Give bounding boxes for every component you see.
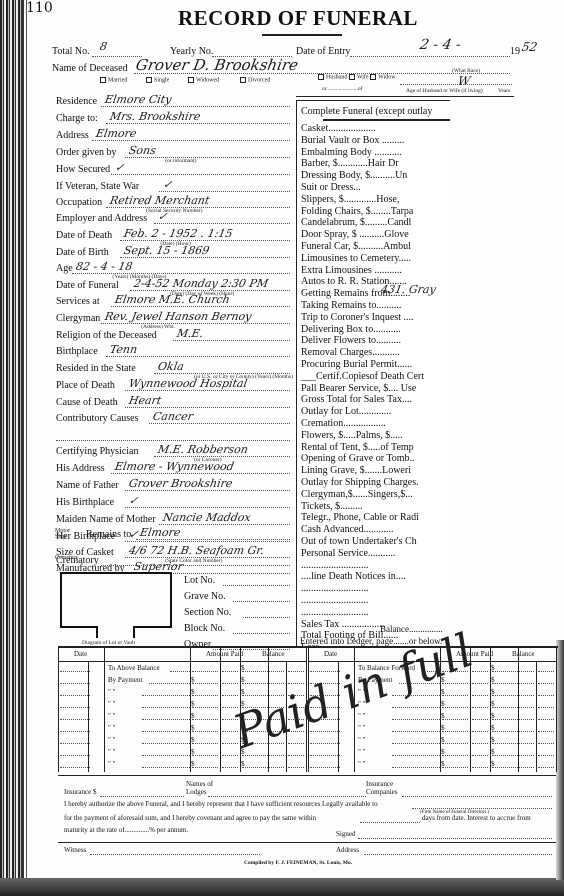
ledger-amount-cell[interactable]	[192, 767, 218, 768]
field-value[interactable]: Retired Merchant	[109, 194, 211, 207]
cost-header: Complete Funeral (except outlay	[301, 106, 432, 117]
field-value[interactable]: Sept. 15 - 1869	[123, 244, 210, 257]
cost-item: Out of town Undertaker's Ch	[301, 536, 417, 547]
dollar-sign: $	[191, 688, 195, 696]
ledger-balance-cents[interactable]	[288, 767, 304, 768]
ledger-balance-cents[interactable]	[538, 671, 554, 672]
deceased-name-value[interactable]: Grover D. Brookshire	[134, 56, 299, 74]
dollar-sign: $	[191, 760, 195, 768]
cost-item: Taking Remains to..........	[301, 300, 401, 311]
checkbox-widowed[interactable]: Widowed	[188, 77, 219, 83]
field-value[interactable]: Elmore - Wynnewood	[114, 460, 235, 473]
cost-item: Tickets, $.........	[301, 501, 363, 512]
cost-item: Sales Tax .................	[301, 619, 384, 630]
ledger-row-label: " "	[108, 748, 115, 756]
cost-item: Embalming Body ...........	[301, 147, 402, 158]
lot-field-input[interactable]	[223, 585, 290, 586]
checkbox-divorced[interactable]: Divorced	[240, 77, 270, 83]
field-label: Address	[56, 130, 89, 141]
field-value[interactable]: Elmore M.E. Church	[114, 293, 231, 306]
cemetery-label: Cemetery	[55, 555, 78, 561]
ledger-amount-cell[interactable]	[442, 731, 468, 732]
cost-item: Delivering Box to...........	[301, 324, 401, 335]
field-label: Religion of the Deceased	[56, 330, 157, 341]
page-bottom-edge	[0, 878, 564, 896]
cost-item: Cremation.................	[301, 418, 386, 429]
dollar-sign: $	[491, 676, 495, 684]
ledger-date-cell[interactable]	[60, 731, 90, 732]
ledger-amount-cell[interactable]	[442, 755, 468, 756]
companies-label-1: Insurance	[366, 780, 393, 788]
field-label: Resided in the State	[56, 363, 136, 374]
cost-item: Procuring Burial Permit......	[301, 359, 412, 370]
field-value[interactable]: 4/6 72 H.B. Seafoam Gr.	[128, 544, 265, 557]
dollar-sign: $	[441, 736, 445, 744]
payment-text: for the payment of aforesaid sum, and I …	[64, 814, 316, 822]
cost-item: Pall Bearer Service, $.... Use	[301, 383, 416, 394]
field-label: Cause of Death	[56, 397, 118, 408]
field-label: Charge to:	[56, 113, 98, 124]
cost-item: Dressing Body, $..........Un	[301, 170, 407, 181]
address-label: Address	[336, 846, 359, 854]
ledger-balance-cents[interactable]	[538, 767, 554, 768]
binding-line	[22, 0, 24, 896]
ledger-cents-cell[interactable]	[472, 755, 488, 756]
ledger-row-label: " "	[108, 760, 115, 768]
ledger-balance-cents[interactable]	[288, 755, 304, 756]
dollar-sign: $	[491, 688, 495, 696]
field-value[interactable]: Feb. 2 - 1952 . 1:15	[123, 227, 234, 240]
ledger-date-cell[interactable]	[60, 707, 90, 708]
cost-item: Lining Grave, $.......Loweri	[301, 465, 411, 476]
ledger-amount-cell[interactable]	[442, 767, 468, 768]
cost-item: ...........................	[301, 560, 369, 571]
cost-item: Cash Advanced............	[301, 524, 394, 535]
ledger-amount-cell[interactable]	[192, 671, 218, 672]
ledger-amount-cell[interactable]	[192, 755, 218, 756]
insurance-label: Insurance $	[64, 788, 96, 796]
field-value[interactable]: Wynnewood Hospital	[128, 377, 248, 390]
field-value[interactable]: Heart	[128, 394, 163, 407]
page-right-edge	[556, 640, 564, 880]
ledger-balance-cents[interactable]	[288, 743, 304, 744]
lot-field-input[interactable]	[243, 617, 290, 618]
ledger-header: Balance	[512, 650, 535, 658]
ledger-cents-cell[interactable]	[472, 743, 488, 744]
ledger-amount-cell[interactable]	[192, 731, 218, 732]
field-value[interactable]: ✓	[157, 210, 169, 223]
field-value[interactable]: M.E.	[176, 327, 205, 340]
ledger-date-cell[interactable]	[60, 767, 90, 768]
deceased-name-label: Name of Deceased	[52, 63, 128, 74]
ledger-amount-cell[interactable]	[442, 743, 468, 744]
field-value[interactable]: Sons	[128, 144, 157, 157]
cost-item: Flowers, $.....Palms, $.....	[301, 430, 403, 441]
ledger-row-label: " "	[358, 736, 365, 744]
field-label: Name of Father	[56, 480, 119, 491]
ledger-balance-cell[interactable]	[492, 671, 534, 672]
ledger-balance-cents[interactable]	[538, 683, 554, 684]
dollar-sign: $	[491, 712, 495, 720]
ledger-date-cell[interactable]	[310, 767, 340, 768]
ledger-date-cell[interactable]	[310, 755, 340, 756]
ledger-desc-cell[interactable]	[142, 707, 190, 708]
lodges-label-2: Lodges	[186, 788, 207, 796]
authorize-text: I hereby authorize the above Funeral, an…	[64, 800, 378, 808]
cost-item: Folding Chairs, $........Tarpa	[301, 206, 413, 217]
witness-label: Witness	[64, 846, 86, 854]
cost-item: Slippers, $.............Hose,	[301, 194, 399, 205]
checkbox-married[interactable]: Married	[100, 77, 127, 83]
total-no-value[interactable]: 8	[99, 40, 108, 53]
page-title: RECORD OF FUNERAL	[178, 6, 418, 31]
field-label: Employer and Address	[56, 213, 147, 224]
field-value[interactable]: Nancie Maddox	[162, 511, 252, 524]
ledger-desc-cell[interactable]	[142, 719, 190, 720]
ledger-header: Date	[324, 650, 337, 658]
ledger-balance-cents[interactable]	[288, 671, 304, 672]
cost-itemization-panel: Complete Funeral (except outlay Casket..…	[296, 100, 450, 648]
dollar-sign: $	[441, 760, 445, 768]
field-label: How Secured	[56, 164, 110, 175]
field-label: Occupation	[56, 197, 102, 208]
field-hint: (or informant)	[165, 158, 196, 164]
ledger-balance-cell[interactable]	[492, 695, 534, 696]
field-label: Date of Funeral	[56, 280, 119, 291]
field-value[interactable]: ✓	[162, 178, 174, 191]
ledger-balance-cents[interactable]	[538, 755, 554, 756]
cost-item: Telegr., Phone, Cable or Radi	[301, 512, 419, 523]
ledger-desc-cell[interactable]	[392, 767, 440, 768]
relation-checkboxes[interactable]: Husband Wife Widow	[318, 74, 396, 80]
ledger-amount-cell[interactable]	[192, 719, 218, 720]
cost-item: Suit or Dress...	[301, 182, 361, 193]
ledger-cents-cell[interactable]	[472, 731, 488, 732]
ledger-balance-cell[interactable]	[492, 707, 534, 708]
lodges-label-1: Names of	[186, 780, 213, 788]
lot-field-label: Grave No.	[184, 591, 226, 602]
ledger-desc-cell[interactable]	[142, 731, 190, 732]
ledger-row-label: " "	[358, 748, 365, 756]
dollar-sign: $	[491, 748, 495, 756]
dollar-sign: $	[191, 700, 195, 708]
ledger-date-cell[interactable]	[60, 683, 90, 684]
field-label: Remains to	[86, 529, 131, 540]
cost-item: ...........................	[301, 595, 369, 606]
field-value[interactable]: 82 - 4 - 18	[75, 260, 134, 273]
dollar-sign: $	[241, 688, 245, 696]
lot-diagram-box	[60, 572, 172, 628]
race-value[interactable]: W	[457, 74, 472, 88]
signed-label: Signed	[336, 830, 355, 838]
ledger-row-label: To Above Balance	[108, 664, 160, 672]
dollar-sign: $	[191, 736, 195, 744]
ledger-desc-cell[interactable]	[142, 695, 190, 696]
field-label: Birthplace	[56, 346, 98, 357]
dollar-sign: $	[191, 676, 195, 684]
ledger-amount-cell[interactable]	[442, 707, 468, 708]
total-no-dots	[92, 56, 142, 57]
lot-field-label: Lot No.	[184, 575, 215, 586]
ledger-date-cell[interactable]	[60, 671, 90, 672]
ledger-cents-cell[interactable]	[222, 755, 238, 756]
ledger-amount-cell[interactable]	[192, 695, 218, 696]
signature-line[interactable]	[358, 838, 552, 839]
ledger-amount-cell[interactable]	[192, 743, 218, 744]
cost-item: Opening of Grave or Tomb..	[301, 453, 415, 464]
cost-item: Trip to Coroner's Inquest ....	[301, 312, 414, 323]
field-value[interactable]: M.E. Robberson	[157, 443, 249, 456]
title-underline	[262, 34, 342, 36]
ledger-row-label: " "	[358, 724, 365, 732]
cost-item: ...........................	[301, 607, 369, 618]
dollar-sign: $	[441, 724, 445, 732]
ledger-balance-cents[interactable]	[538, 707, 554, 708]
race-dots	[400, 84, 512, 85]
ledger-cents-cell[interactable]	[472, 767, 488, 768]
header-rule	[296, 96, 514, 97]
checkbox-widow[interactable]	[370, 74, 376, 80]
ledger-balance-cell[interactable]	[242, 683, 284, 684]
field-value[interactable]: Cancer	[152, 410, 194, 423]
ledger-cents-cell[interactable]	[222, 695, 238, 696]
ledger-balance-cell[interactable]	[492, 755, 534, 756]
footer-rule	[58, 775, 556, 776]
cost-item: Candelabrum, $.........Candl	[301, 217, 411, 228]
year-value[interactable]: 52	[521, 40, 539, 54]
ledger-date-cell[interactable]	[60, 755, 90, 756]
ledger-desc-cell[interactable]	[149, 683, 190, 684]
dollar-sign: $	[491, 664, 495, 672]
ledger-balance-cents[interactable]	[538, 743, 554, 744]
dollar-sign: $	[441, 748, 445, 756]
cost-item: Burial Vault or Box .........	[301, 135, 404, 146]
ledger-cents-cell[interactable]	[472, 719, 488, 720]
field-label: Residence	[56, 96, 97, 107]
companies-label-2: Companies	[366, 788, 398, 796]
ledger-cents-cell[interactable]	[222, 671, 238, 672]
ledger-amount-cell[interactable]	[192, 707, 218, 708]
or-of-label: or.......................of	[322, 86, 363, 92]
dollar-sign: $	[441, 712, 445, 720]
cost-item: Extra Limousines ...........	[301, 265, 402, 276]
field-label: Date of Birth	[56, 247, 109, 258]
field-value[interactable]: Tenn	[109, 343, 138, 356]
field-value[interactable]: ✓	[128, 494, 140, 507]
ledger-date-cell[interactable]	[310, 743, 340, 744]
ledger-amount-cell[interactable]	[442, 695, 468, 696]
ledger-desc-cell[interactable]	[142, 755, 190, 756]
field-label: Contributory Causes	[56, 413, 139, 424]
ledger-balance-cents[interactable]	[538, 731, 554, 732]
ledger-amount-cell[interactable]	[442, 719, 468, 720]
ledger-desc-cell[interactable]	[392, 755, 440, 756]
field-value[interactable]: Elmore	[94, 127, 137, 140]
lot-field-label: Block No.	[184, 623, 225, 634]
cost-item: Outlay for Shipping Charges.	[301, 477, 419, 488]
field-value[interactable]: 2-4-52 Monday 2:30 PM	[133, 277, 269, 290]
ledger-amount-cell[interactable]	[192, 683, 218, 684]
ledger-row-label: " "	[108, 736, 115, 744]
witness-address-line[interactable]	[364, 854, 552, 855]
ledger-row-label: " "	[108, 688, 115, 696]
cost-header-rule	[323, 119, 450, 121]
dollar-sign: $	[241, 676, 245, 684]
field-value[interactable]: Grover Brookshire	[128, 477, 234, 490]
motor-ship-label: MotorShip	[55, 528, 70, 540]
checkbox-wife[interactable]	[349, 74, 355, 80]
field-value[interactable]: Elmore City	[104, 93, 173, 106]
ledger-balance-cell[interactable]	[492, 767, 534, 768]
field-label: Certifying Physician	[56, 446, 139, 457]
cost-item: Barber, $............Hair Dr	[301, 158, 399, 169]
cost-item: ...........................	[301, 583, 369, 594]
ledger-cents-cell[interactable]	[472, 695, 488, 696]
dollar-sign: $	[491, 700, 495, 708]
witness-line[interactable]	[90, 854, 260, 855]
funeral-record-page: 110 RECORD OF FUNERAL Total No. 8 Yearly…	[0, 0, 564, 896]
ledger-row-label: " "	[108, 712, 115, 720]
cost-item: ....line Death Notices in....	[301, 571, 406, 582]
field-hint: (Social Security Number)	[146, 208, 203, 214]
cost-item: Outlay for Lot.............	[301, 406, 391, 417]
field-value[interactable]: Okla	[157, 360, 185, 373]
ledger-date-cell[interactable]	[60, 743, 90, 744]
ledger-desc-cell[interactable]	[392, 731, 440, 732]
cost-item: Removal Charges...........	[301, 347, 400, 358]
ledger-balance-cell[interactable]	[242, 767, 284, 768]
ledger-balance-cell[interactable]	[492, 719, 534, 720]
field-value[interactable]: Rev. Jewel Hanson Bernoy	[104, 310, 253, 323]
compiled-by: Compiled by F. J. FEINEMAN, St. Louis, M…	[244, 860, 352, 866]
lot-field-input[interactable]	[233, 601, 290, 602]
ledger-row-label: " "	[358, 760, 365, 768]
lot-field-input[interactable]	[233, 633, 290, 634]
ledger-cents-cell[interactable]	[222, 683, 238, 684]
field-label: Age	[56, 263, 73, 274]
page-number: 110	[26, 0, 53, 16]
field-label: Maiden Name of Mother	[56, 514, 156, 525]
field-value[interactable]: Elmore	[139, 526, 182, 539]
field-label: His Birthplace	[56, 497, 114, 508]
checkbox-husband[interactable]	[318, 74, 324, 80]
checkbox-single[interactable]: Single	[146, 77, 169, 83]
date-of-entry-value[interactable]: 2 - 4 -	[419, 37, 462, 53]
ledger-desc-cell[interactable]	[392, 707, 440, 708]
ledger-header: Balance	[262, 650, 285, 658]
maturity-text: maturity at the rate of..............% p…	[64, 826, 188, 834]
ledger-desc-cell[interactable]	[392, 743, 440, 744]
dollar-sign: $	[491, 760, 495, 768]
field-label: Services at	[56, 296, 100, 307]
total-no-label: Total No.	[52, 46, 90, 57]
cost-item: Rental of Tent, $.....of Temp	[301, 442, 414, 453]
dollar-sign: $	[191, 724, 195, 732]
dollar-sign: $	[191, 712, 195, 720]
lot-field-label: Section No.	[184, 607, 231, 618]
year-prefix: 19	[510, 46, 520, 57]
cost-item: Gross Total for Sales Tax....	[301, 394, 412, 405]
ledger-balance-cell[interactable]	[492, 743, 534, 744]
date-of-entry-dots	[350, 56, 510, 57]
field-label: His Address	[56, 463, 105, 474]
binding-edge	[0, 0, 22, 896]
dollar-sign: $	[491, 724, 495, 732]
cost-item: Casket...................	[301, 123, 376, 134]
spouse-age-label: Age of Husband or Wife (if living)	[406, 88, 483, 94]
ledger-desc-cell[interactable]	[142, 767, 190, 768]
binding-line	[26, 0, 27, 896]
dollar-sign: $	[241, 664, 245, 672]
cost-item: Clergyman,$......Singers,$...	[301, 489, 413, 500]
ledger-row-label: " "	[108, 724, 115, 732]
dollar-sign: $	[241, 760, 245, 768]
field-label: Date of Death	[56, 230, 112, 241]
dollar-sign: $	[441, 700, 445, 708]
field-label: Clergyman	[56, 313, 100, 324]
ledger-balance-cents[interactable]	[538, 719, 554, 720]
ledger-header: Amount Paid	[206, 650, 243, 658]
field-label: Order given by	[56, 147, 117, 158]
dollar-sign: $	[191, 748, 195, 756]
ledger-desc-cell[interactable]	[392, 719, 440, 720]
ledger-cents-cell[interactable]	[472, 707, 488, 708]
years-label: Years	[498, 88, 510, 94]
cost-item: Door Spray, $ ..........Glove	[301, 229, 409, 240]
cost-item: Deliver Flowers to..........	[301, 335, 401, 346]
dollar-sign: $	[441, 688, 445, 696]
field-label: If Veteran, State War	[56, 181, 139, 192]
dollar-sign: $	[491, 736, 495, 744]
ledger-balance-cell[interactable]	[242, 671, 284, 672]
cost-item: Limousines to Cemetery.....	[301, 253, 411, 264]
ledger-balance-cents[interactable]	[538, 695, 554, 696]
field-value[interactable]: Mrs. Brookshire	[109, 110, 202, 123]
ledger-desc-cell[interactable]	[170, 671, 190, 672]
ledger-row-label: " "	[108, 700, 115, 708]
ledger-date-cell[interactable]	[60, 695, 90, 696]
ledger-cents-cell[interactable]	[472, 683, 488, 684]
ledger-cents-cell[interactable]	[222, 767, 238, 768]
field-value[interactable]: ✓	[114, 161, 126, 174]
ledger-row-label: By Payment	[108, 676, 142, 684]
ledger-cents-cell[interactable]	[222, 743, 238, 744]
field-label: Place of Death	[56, 380, 115, 391]
ledger-balance-cell[interactable]	[492, 731, 534, 732]
days-text: days from date. Interest to accrue from	[422, 814, 531, 822]
ledger-desc-cell[interactable]	[142, 743, 190, 744]
ledger-date-cell[interactable]	[60, 719, 90, 720]
suit-dress-value[interactable]: 431. Gray	[380, 283, 437, 296]
ledger-balance-cell[interactable]	[492, 683, 534, 684]
ledger-header: Date	[74, 650, 87, 658]
cost-item: ___Certif.Copiesof Death Cert	[301, 371, 424, 382]
cost-item: Personal Service...........	[301, 548, 395, 559]
date-of-entry-label: Date of Entry	[296, 46, 350, 57]
cost-item: Funeral Car, $..........Ambul	[301, 241, 411, 252]
